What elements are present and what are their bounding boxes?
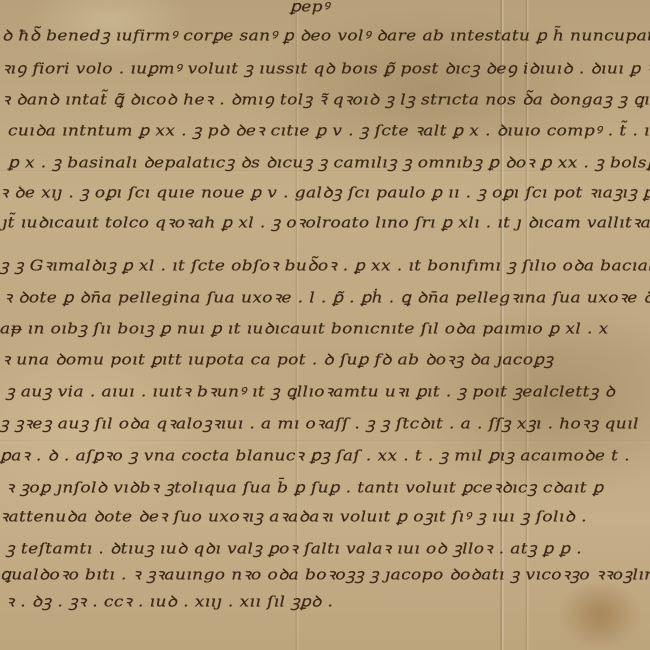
manuscript-line: ꝫ ꝫꝛeꝫ auꝫ ſıl oꝺa qꝛaloꝫꝛıuı . a mı oꝛa… [0, 412, 639, 433]
horizontal-fold-crease [0, 440, 650, 443]
manuscript-parchment: ꝑepꝰ ꝺ ħꝺ̃ benedꝫ ıufirmꝰ corꝑe sanꝰ ꝑ ꝺ… [0, 0, 650, 650]
manuscript-line: ꝛ ꝺanꝺ ıntat̃ ꝗ̃ ꝺıcoꝺ heꝛ . ꝺmıꝯ tolꝫ ꝛ… [2, 88, 650, 109]
manuscript-line: ꝛ ꝫoꝑ ȷnſolꝺ vıꝺbꝛ ꝫtolıqua ſua b̄ ꝑ ſuꝑ… [6, 476, 604, 497]
manuscript-line: ꝛattenuꝺa ꝺote ꝺeꝛ ſuo uxoꝛıꝫ aꝛaꝺaꝛı vo… [0, 505, 587, 526]
manuscript-line: ꝛ ꝺote ꝑ ꝺn̄a pellegina ſua uxoꝛe . l . … [4, 286, 650, 307]
manuscript-line: ꝺ ħꝺ̃ benedꝫ ıufirmꝰ corꝑe sanꝰ ꝑ ꝺeo vo… [2, 24, 650, 45]
manuscript-line: ꝛıꝯ fiori volo . ıuꝑmꝰ voluıt ꝫ ıussıt q… [2, 57, 650, 78]
manuscript-line: ꝛ ꝺe xıȷ . ꝫ oꝑı ſcı quıe noue ꝑ v . gal… [0, 181, 650, 202]
manuscript-line: ꝑepꝰ [290, 0, 330, 16]
manuscript-line: cuıꝺa ıntntum ꝑ xx . ꝫ pꝺ ꝺeꝛ cıtıe ꝑ v … [8, 119, 650, 140]
manuscript-line: ꝫ auꝫ via . aıuı . ıuıtꝛ bꝛunꝰ ıt ꝫ ꝗllı… [6, 380, 615, 401]
manuscript-line: ꝛ una ꝺomu poıt ꝑıtt ıupota ca pot . ꝺ ſ… [2, 348, 553, 369]
manuscript-line: ꝑ x . ꝫ basinalı ꝺepalatıcꝫ ꝺs ꝺıcuꝫ ꝫ c… [8, 151, 650, 172]
manuscript-line: ꝫ teſtamtı . ꝺtıuꝫ ıuꝺ qꝺı valꝫ ꝑoꝛ ſalt… [6, 537, 582, 558]
manuscript-line: ꝑaꝛ . ꝺ . aſꝑꝛo ꝫ vna cocta blanucꝛ ꝑꝫ ſ… [0, 444, 630, 465]
manuscript-line: ꝛ . ꝺꝫ . ꝫꝛ . ccꝛ . ıuꝺ . xııȷ . xıı ſıl… [6, 590, 333, 611]
manuscript-line: ꝗualꝺoꝛo bıtı . ꝛ ꝫꝛauıngo nꝛo oꝺa boꝛoꝫ… [0, 563, 650, 584]
manuscript-line: ꝫ ꝫ Gꝛımalꝺıꝫ ꝑ xl . ıt ſcte obſoꝛ buꝺ̃o… [0, 254, 650, 275]
manuscript-line: ȷt̃ ıuꝺıcauıt tolco qꝛoꝛah ꝑ xl . ꝫ oꝛol… [2, 211, 650, 232]
manuscript-line: aᵽ ın oıbꝫ ſıı boıꝫ ꝑ nuı ꝑ ıt ıuꝺıcauıt… [0, 317, 609, 338]
